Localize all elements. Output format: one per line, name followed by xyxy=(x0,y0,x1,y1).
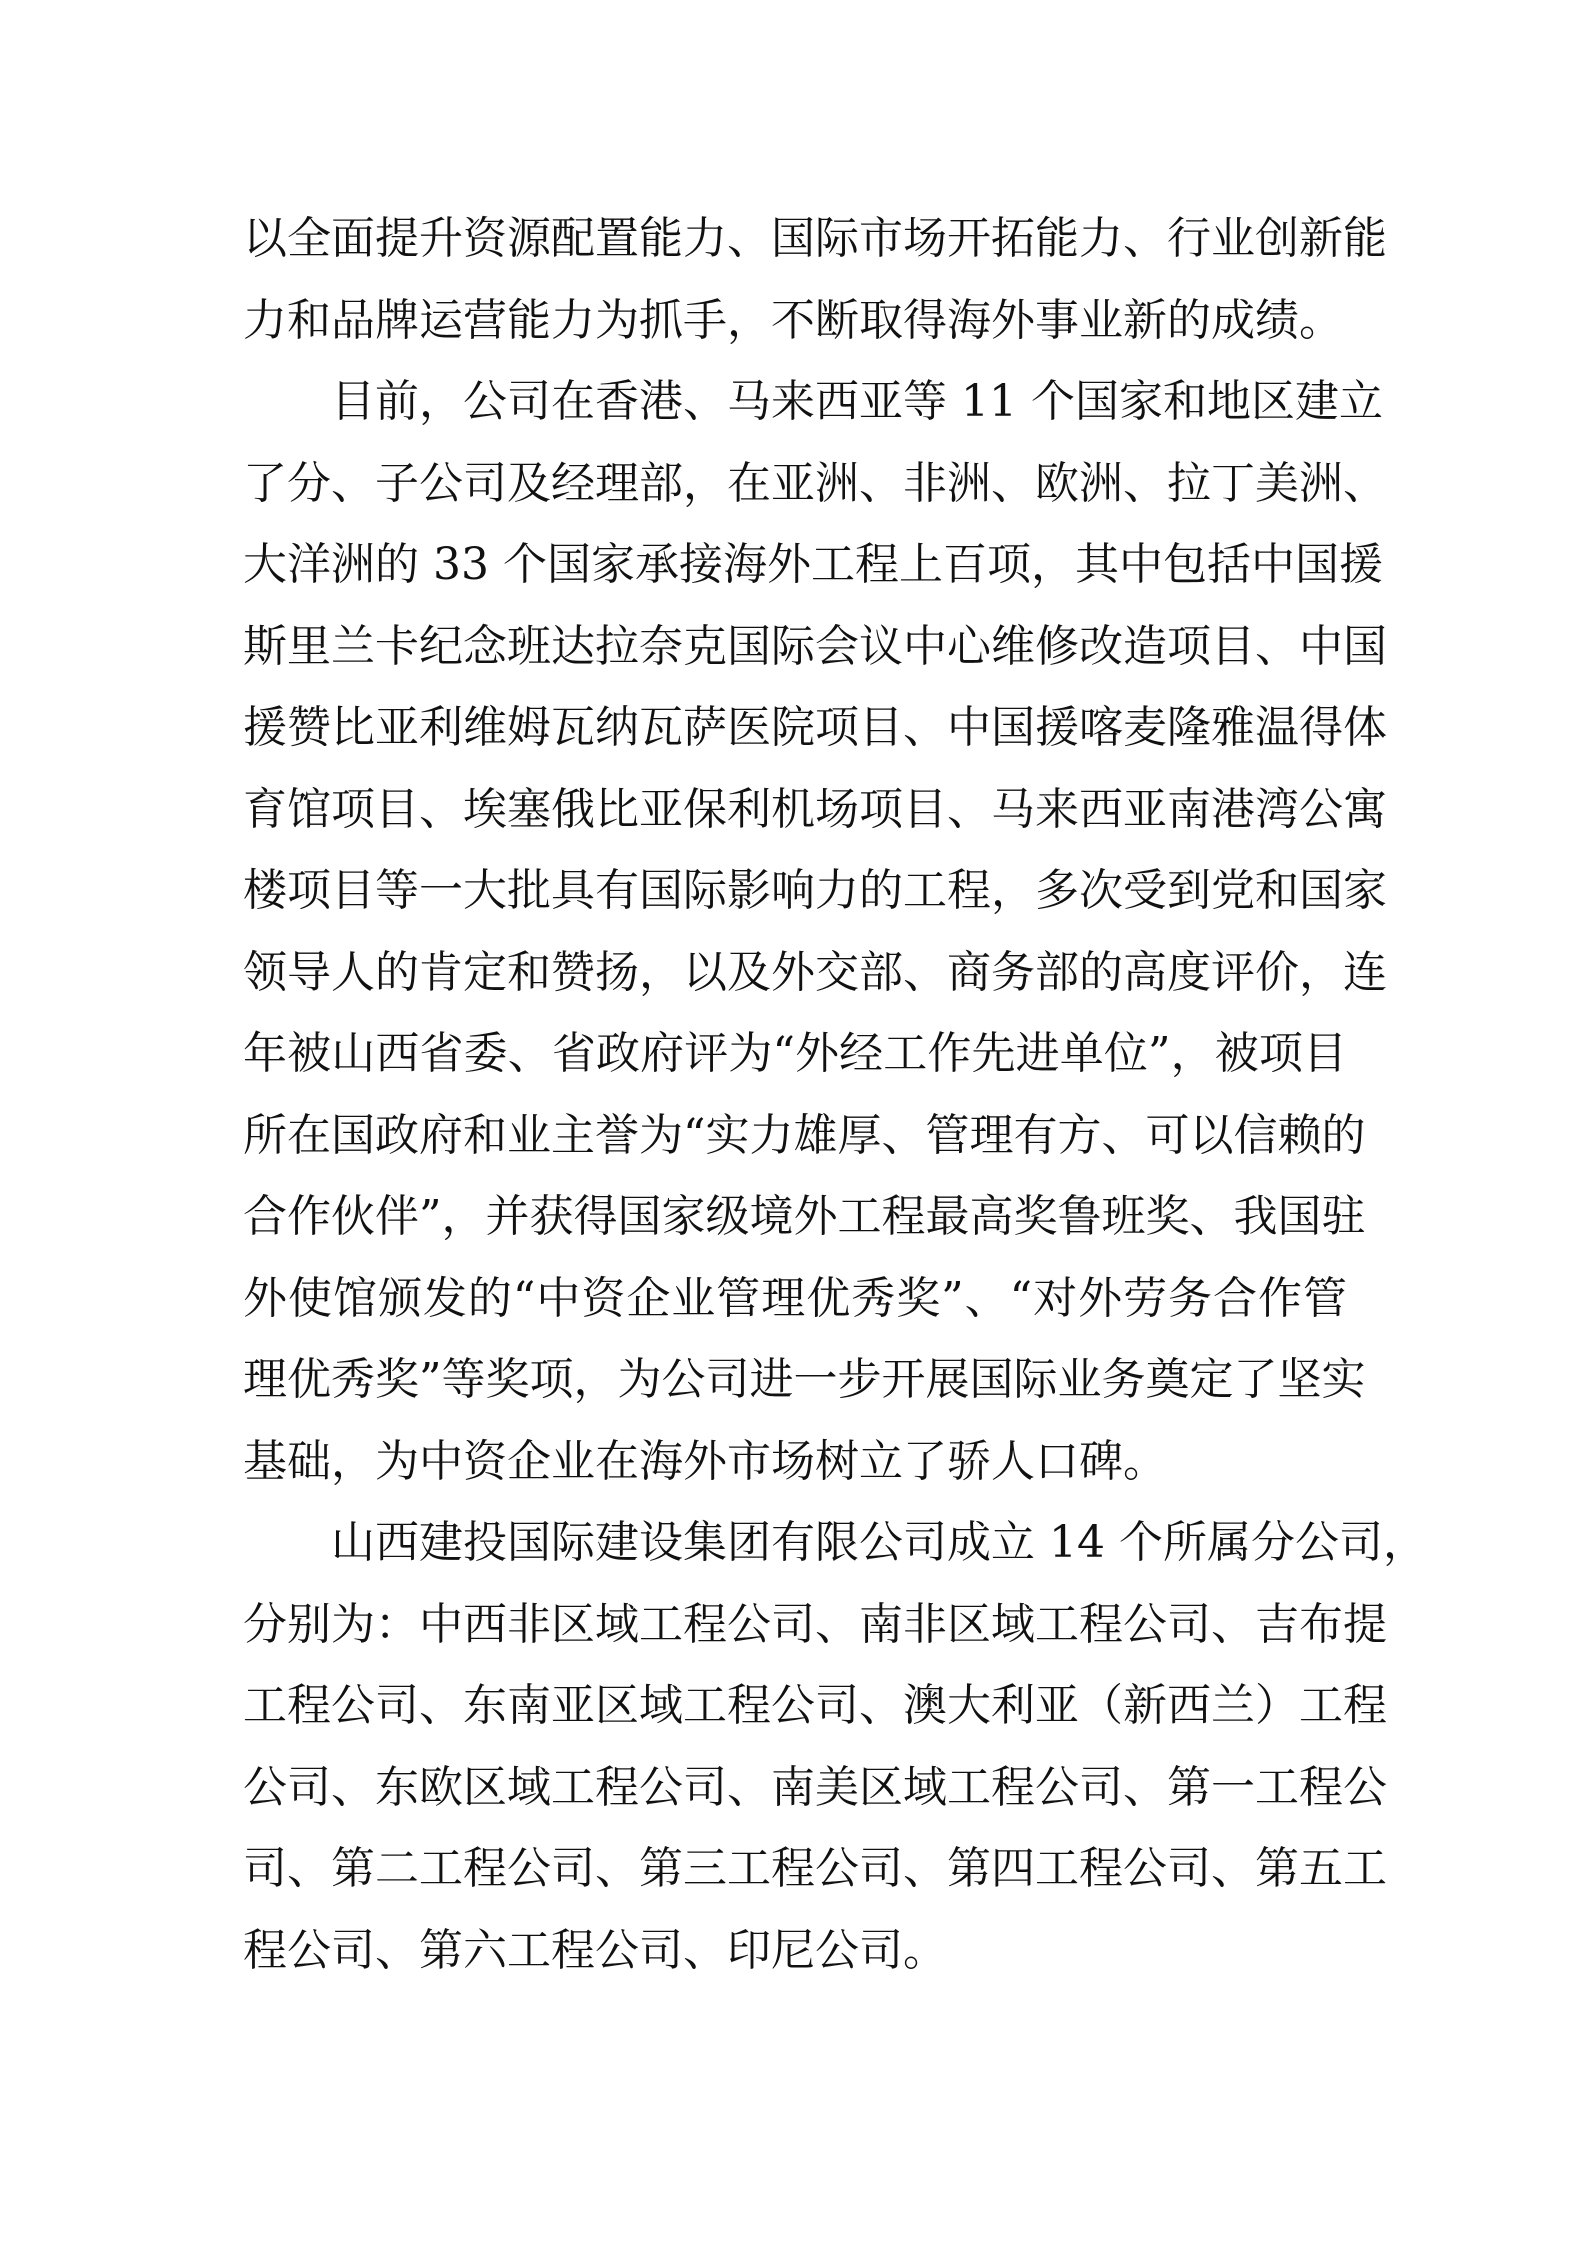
text-line: 领导人的肯定和赞扬，以及外交部、商务部的高度评价，连 xyxy=(243,943,1347,1025)
text-line: 年被山西省委、省政府评为“外经工作先进单位”，被项目 xyxy=(243,1024,1347,1106)
text-line: 理优秀奖”等奖项，为公司进一步开展国际业务奠定了坚实 xyxy=(243,1350,1347,1432)
text-line: 力和品牌运营能力为抓手，不断取得海外事业新的成绩。 xyxy=(243,291,1347,373)
text-line: 程公司、第六工程公司、印尼公司。 xyxy=(243,1921,1347,2003)
text-line: 所在国政府和业主誉为“实力雄厚、管理有方、可以信赖的 xyxy=(243,1106,1347,1188)
text-line: 目前，公司在香港、马来西亚等 11 个国家和地区建立 xyxy=(243,372,1347,454)
text-line: 分别为：中西非区域工程公司、南非区域工程公司、吉布提 xyxy=(243,1595,1347,1677)
text-line: 援赞比亚利维姆瓦纳瓦萨医院项目、中国援喀麦隆雅温得体 xyxy=(243,698,1347,780)
paragraph-overseas-achievements: 目前，公司在香港、马来西亚等 11 个国家和地区建立 了分、子公司及经理部，在亚… xyxy=(243,372,1347,1513)
text-line: 公司、东欧区域工程公司、南美区域工程公司、第一工程公 xyxy=(243,1758,1347,1840)
text-line: 基础，为中资企业在海外市场树立了骄人口碑。 xyxy=(243,1432,1347,1514)
text-line: 山西建投国际建设集团有限公司成立 14 个所属分公司， xyxy=(243,1513,1347,1595)
text-line: 工程公司、东南亚区域工程公司、澳大利亚（新西兰）工程 xyxy=(243,1676,1347,1758)
text-line: 合作伙伴”，并获得国家级境外工程最高奖鲁班奖、我国驻 xyxy=(243,1187,1347,1269)
paragraph-continuation: 以全面提升资源配置能力、国际市场开拓能力、行业创新能 力和品牌运营能力为抓手，不… xyxy=(243,209,1347,372)
text-line: 以全面提升资源配置能力、国际市场开拓能力、行业创新能 xyxy=(243,209,1347,291)
text-line: 大洋洲的 33 个国家承接海外工程上百项，其中包括中国援 xyxy=(243,535,1347,617)
text-line: 斯里兰卡纪念班达拉奈克国际会议中心维修改造项目、中国 xyxy=(243,617,1347,699)
text-line: 了分、子公司及经理部，在亚洲、非洲、欧洲、拉丁美洲、 xyxy=(243,454,1347,536)
text-line: 育馆项目、埃塞俄比亚保利机场项目、马来西亚南港湾公寓 xyxy=(243,780,1347,862)
text-line: 司、第二工程公司、第三工程公司、第四工程公司、第五工 xyxy=(243,1839,1347,1921)
text-line: 楼项目等一大批具有国际影响力的工程，多次受到党和国家 xyxy=(243,861,1347,943)
document-body: 以全面提升资源配置能力、国际市场开拓能力、行业创新能 力和品牌运营能力为抓手，不… xyxy=(243,209,1347,2002)
document-page: 以全面提升资源配置能力、国际市场开拓能力、行业创新能 力和品牌运营能力为抓手，不… xyxy=(0,0,1587,2245)
paragraph-branch-companies: 山西建投国际建设集团有限公司成立 14 个所属分公司， 分别为：中西非区域工程公… xyxy=(243,1513,1347,2002)
text-line: 外使馆颁发的“中资企业管理优秀奖”、“对外劳务合作管 xyxy=(243,1269,1347,1351)
